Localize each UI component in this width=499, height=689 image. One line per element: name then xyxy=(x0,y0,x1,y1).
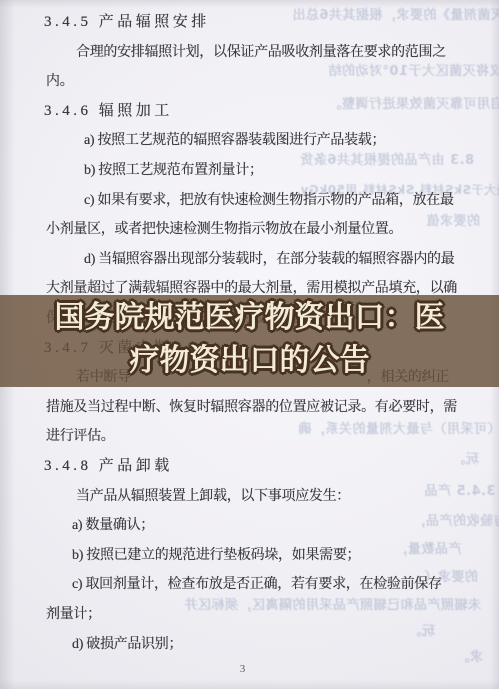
doc-line: 小剂量区，或者把快速检测生物指示物放在最小剂量位置。 xyxy=(0,215,499,245)
doc-line-text: b) 按照工艺规范布置剂量计； xyxy=(84,163,263,178)
doc-line-text: c) 取回剂量计，检查布放是否正确，若有要求，在检验前保存 xyxy=(72,577,442,592)
doc-line-text: 内。 xyxy=(46,74,73,89)
doc-line-text: 当产品从辐照装置上卸载，以下事项应发生： xyxy=(76,489,350,504)
headline-line-2: 疗物资出口的公告 xyxy=(0,339,499,382)
doc-line-text: 3.4.8 产品卸载 xyxy=(44,458,173,474)
doc-line-text: c) 如果有要求，把放有快速检测生物指示物的产品箱，放在最 xyxy=(84,193,454,208)
headline-line-1: 国务院规范医疗物资出口：医 xyxy=(0,296,499,339)
doc-line-text: 进行评估。 xyxy=(46,429,115,444)
doc-line: a) 数量确认； xyxy=(0,511,499,541)
headline-overlay: 国务院规范医疗物资出口：医 疗物资出口的公告 xyxy=(0,296,499,382)
doc-line-text: 3.4.6 辐照加工 xyxy=(44,103,173,119)
scanned-document-page: 灭菌剂量》的要求，根据其共6总出建议将灭菌区大于10°对动的结量，启用可靠灭菌效… xyxy=(0,0,499,689)
doc-line-text: a) 按照工艺规范的辐照容器装载图进行产品装载； xyxy=(84,133,385,148)
doc-line: 合理的安排辐照计划，以保证产品吸收剂量落在要求的范围之 xyxy=(0,38,499,68)
doc-line: 3.4.5 产品辐照安排 xyxy=(0,8,499,38)
doc-line: d) 当辐照容器出现部分装载时，在部分装载的辐照容器内的最 xyxy=(0,245,499,275)
doc-line: 内。 xyxy=(0,67,499,97)
doc-line: 剂量计； xyxy=(0,600,499,630)
doc-line: b) 按照已建立的规范进行垫板码垛，如果需要； xyxy=(0,541,499,571)
doc-line: 3.4.6 辐照加工 xyxy=(0,97,499,127)
doc-line: 3.4.8 产品卸载 xyxy=(0,452,499,482)
doc-line-text: 合理的安排辐照计划，以保证产品吸收剂量落在要求的范围之 xyxy=(76,45,446,60)
doc-line-text: 措施及当过程中断、恢复时辐照容器的位置应被记录。有必要时，需 xyxy=(46,400,457,415)
doc-line: c) 取回剂量计，检查布放是否正确，若有要求，在检验前保存 xyxy=(0,570,499,600)
page-number: 3 xyxy=(0,663,486,675)
doc-line: 当产品从辐照装置上卸载，以下事项应发生： xyxy=(0,482,499,512)
doc-line-text: d) 当辐照容器出现部分装载时，在部分装载的辐照容器内的最 xyxy=(84,252,454,267)
doc-line-text: a) 数量确认； xyxy=(72,518,154,533)
doc-line-text: 小剂量区，或者把快速检测生物指示物放在最小剂量位置。 xyxy=(46,222,402,237)
doc-line: d) 破损产品识别； xyxy=(0,630,499,660)
doc-line: 进行评估。 xyxy=(0,422,499,452)
doc-line-text: d) 破损产品识别； xyxy=(72,637,182,652)
doc-line: 措施及当过程中断、恢复时辐照容器的位置应被记录。有必要时，需 xyxy=(0,393,499,423)
doc-line: c) 如果有要求，把放有快速检测生物指示物的产品箱，放在最 xyxy=(0,186,499,216)
doc-line-text: b) 按照已建立的规范进行垫板码垛，如果需要； xyxy=(72,548,360,563)
doc-line-text: 3.4.5 产品辐照安排 xyxy=(44,14,210,30)
doc-line: b) 按照工艺规范布置剂量计； xyxy=(0,156,499,186)
doc-line-text: 剂量计； xyxy=(46,607,101,622)
doc-line: a) 按照工艺规范的辐照容器装载图进行产品装载； xyxy=(0,126,499,156)
